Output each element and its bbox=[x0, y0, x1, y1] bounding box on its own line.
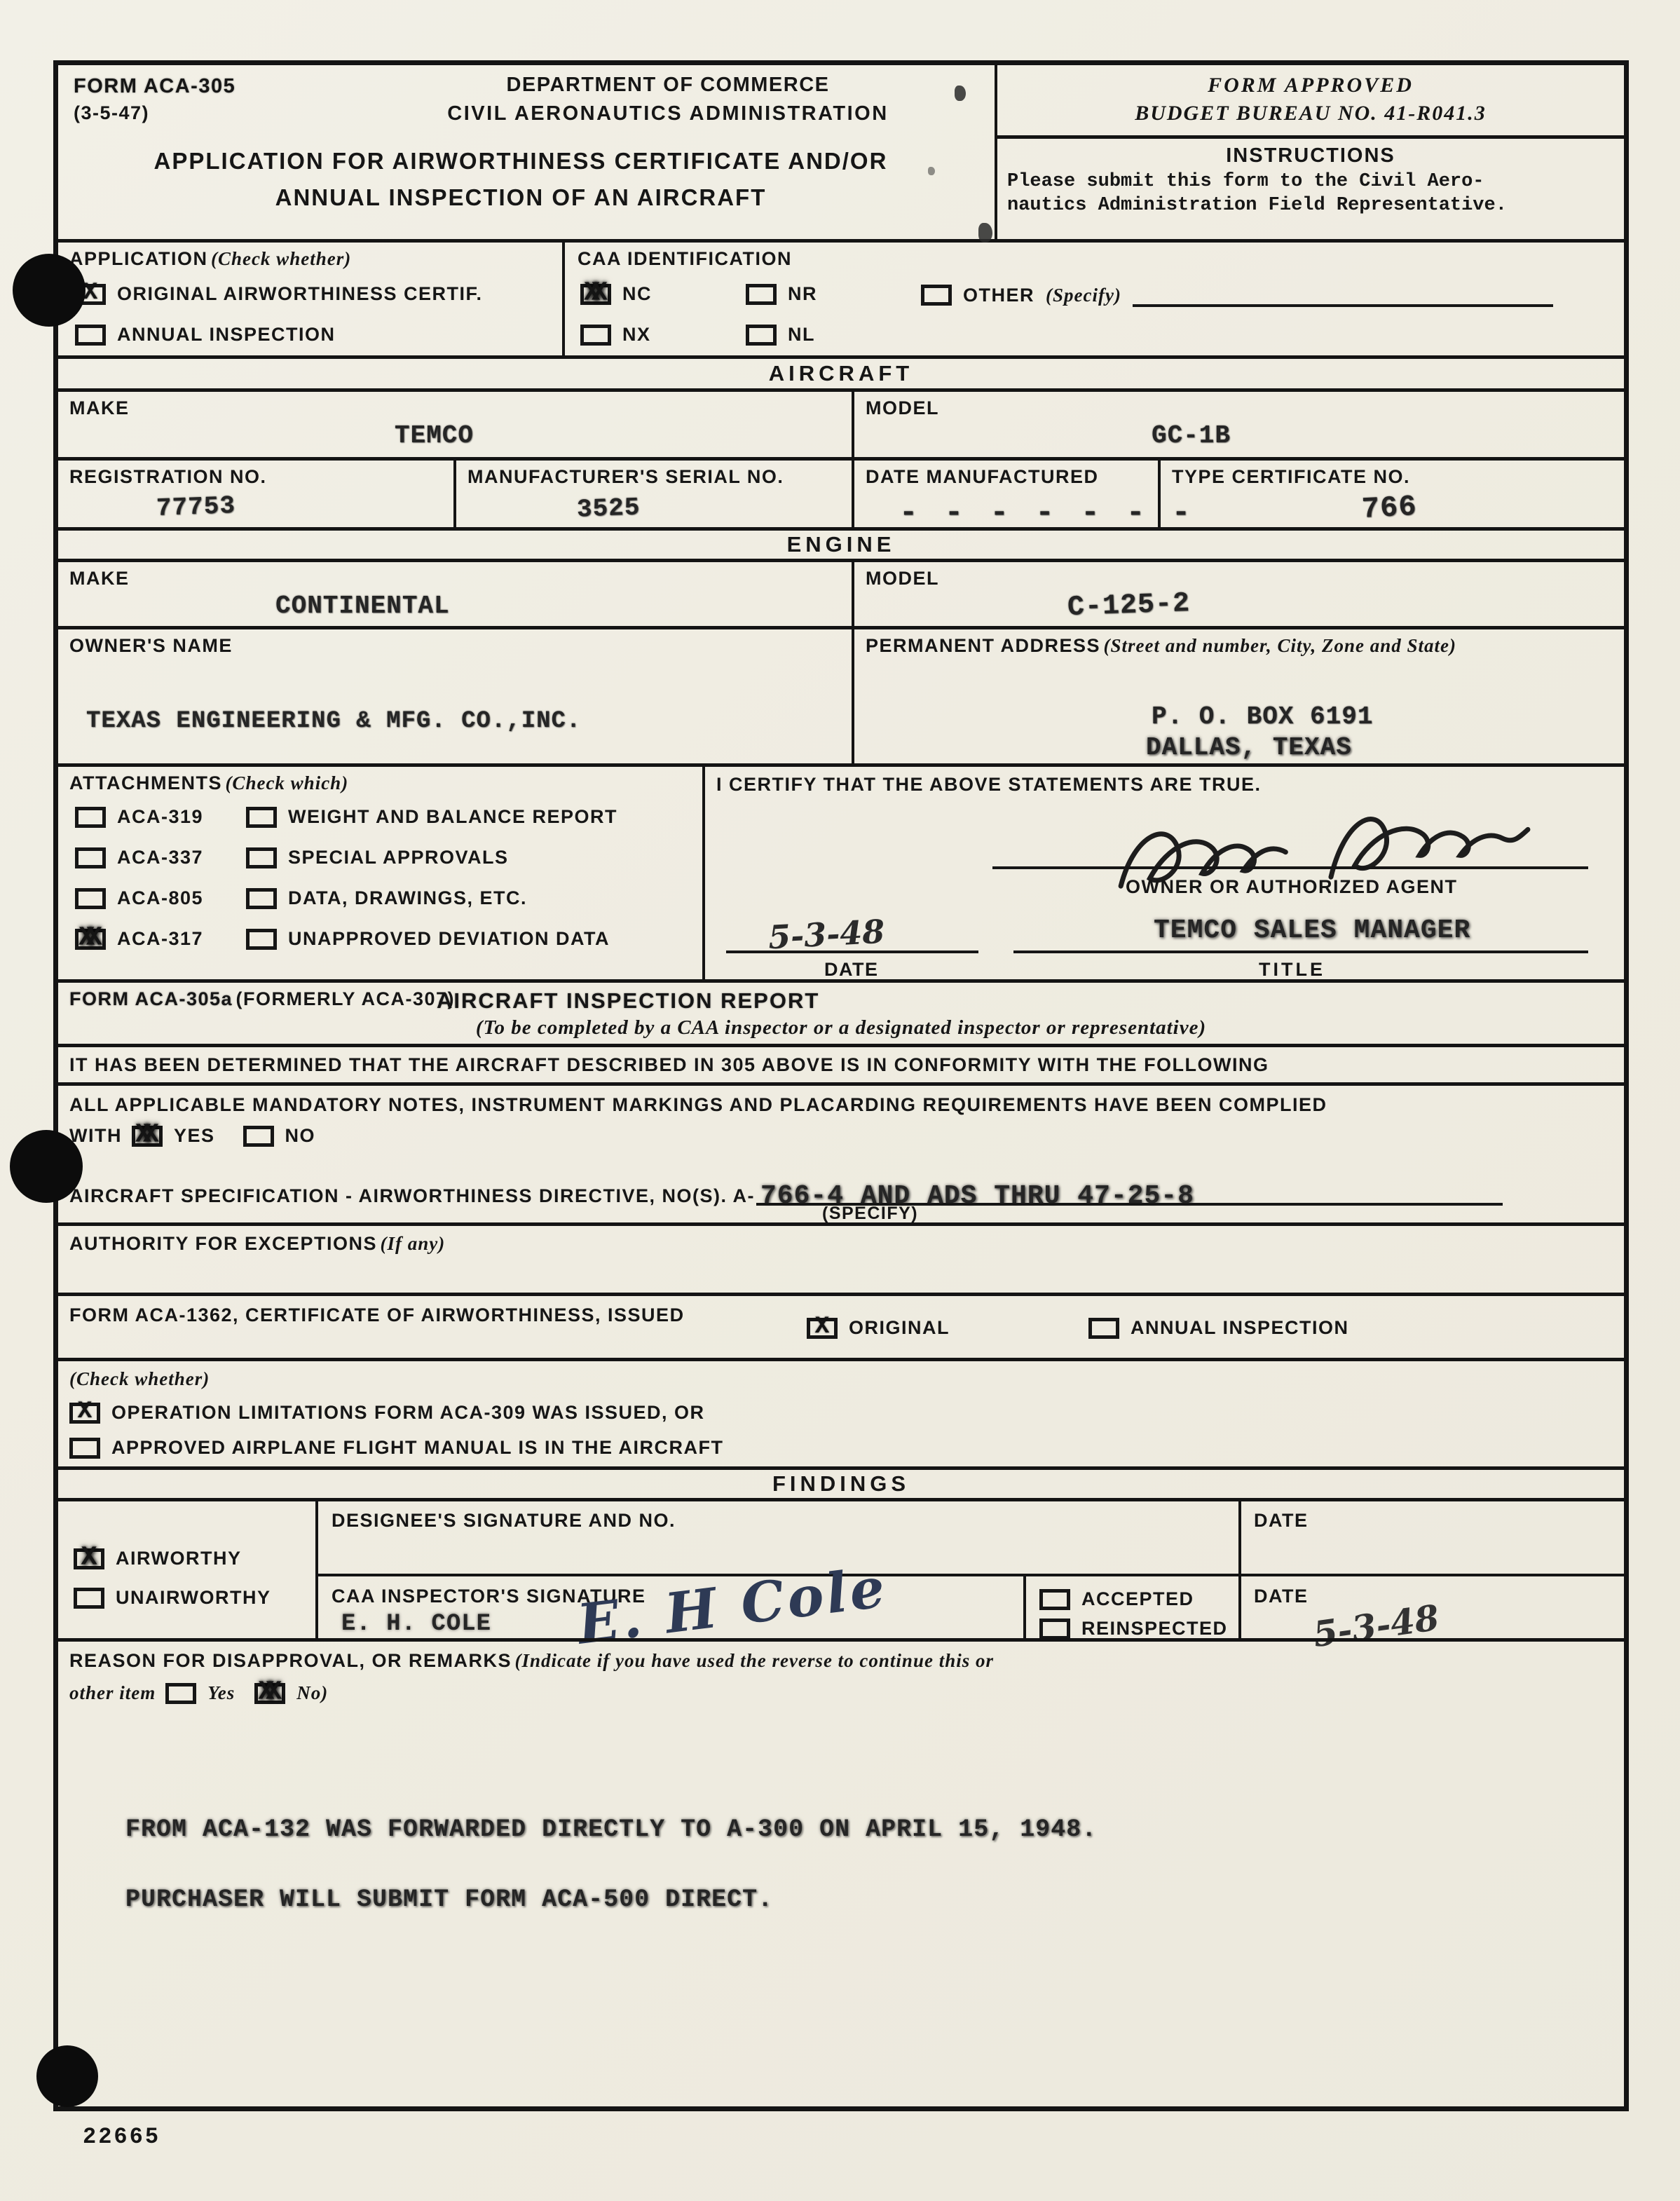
inspection-report-header-row: FORM ACA-305a (FORMERLY ACA-307) AIRCRAF… bbox=[58, 979, 1624, 1044]
checkbox-other: OTHER (Specify) bbox=[921, 283, 1553, 307]
form-number: FORM ACA-305 bbox=[74, 75, 235, 98]
checkbox-airworthy: X AIRWORTHY bbox=[74, 1548, 242, 1569]
checkbox-aca-317: XX ACA-317 bbox=[75, 928, 203, 950]
checkbox-reinspected: REINSPECTED bbox=[1039, 1618, 1228, 1640]
checkbox-issued-annual-inspection: ANNUAL INSPECTION bbox=[1088, 1317, 1349, 1339]
checkbox: XX bbox=[75, 929, 106, 950]
findings-table: X AIRWORTHY UNAIRWORTHY DESIGNEE'S SIGNA… bbox=[58, 1498, 1624, 1638]
other-specify-line bbox=[1133, 283, 1553, 307]
ink-speck bbox=[928, 167, 935, 175]
checkbox-unapproved-deviation-data: UNAPPROVED DEVIATION DATA bbox=[246, 928, 610, 950]
checkbox-nl: NL bbox=[746, 324, 815, 346]
date-manufactured-value: - - - - - - - bbox=[899, 496, 1194, 531]
check-whether-hint: (Check whether) bbox=[69, 1368, 210, 1390]
checkbox: X bbox=[807, 1318, 838, 1339]
findings-date-label-1: DATE bbox=[1254, 1510, 1309, 1532]
checkbox-annual-inspection: ANNUAL INSPECTION bbox=[75, 324, 336, 346]
checkbox-special-approvals: SPECIAL APPROVALS bbox=[246, 847, 509, 868]
designee-signature-label: DESIGNEE'S SIGNATURE AND NO. bbox=[332, 1510, 676, 1532]
remarks-line2: PURCHASER WILL SUBMIT FORM ACA-500 DIREC… bbox=[125, 1886, 773, 1914]
inspection-formerly: (FORMERLY ACA-307) bbox=[236, 988, 456, 1009]
remarks-row: REASON FOR DISAPPROVAL, OR REMARKS (Indi… bbox=[58, 1638, 1624, 2116]
form-title-line2: ANNUAL INSPECTION OF AN AIRCRAFT bbox=[86, 184, 955, 211]
compliance-line1: ALL APPLICABLE MANDATORY NOTES, INSTRUME… bbox=[69, 1094, 1327, 1116]
checkbox-complied-yes: XX YES bbox=[132, 1125, 215, 1147]
checkbox-remarks-yes: Yes bbox=[165, 1682, 235, 1704]
checkbox-nx: NX bbox=[580, 324, 651, 346]
aircraft-model-value: GC-1B bbox=[1152, 421, 1231, 450]
checkbox-original-airworthiness-certif: X ORIGINAL AIRWORTHINESS CERTIF. bbox=[75, 283, 483, 305]
instructions-body-line2: nautics Administration Field Representat… bbox=[1007, 194, 1617, 218]
checkbox-aca-337: ACA-337 bbox=[75, 847, 203, 868]
findings-section-bar: FINDINGS bbox=[58, 1466, 1624, 1498]
aircraft-section-title: AIRCRAFT bbox=[769, 361, 913, 386]
engine-make-value: CONTINENTAL bbox=[275, 592, 450, 620]
aircraft-section-bar: AIRCRAFT bbox=[58, 355, 1624, 388]
date-manufactured-label: DATE MANUFACTURED bbox=[866, 466, 1098, 488]
checkbox bbox=[246, 847, 277, 868]
determination-row: IT HAS BEEN DETERMINED THAT THE AIRCRAFT… bbox=[58, 1044, 1624, 1082]
inspection-report-subtitle: (To be completed by a CAA inspector or a… bbox=[58, 1016, 1624, 1040]
checkbox-aca-805: ACA-805 bbox=[75, 887, 203, 909]
remarks-hint-line1: (Indicate if you have used the reverse t… bbox=[515, 1650, 994, 1671]
aircraft-specification-label: AIRCRAFT SPECIFICATION - AIRWORTHINESS D… bbox=[69, 1185, 755, 1207]
checkbox bbox=[243, 1126, 274, 1147]
checkbox-remarks-no: XX No) bbox=[254, 1682, 328, 1704]
certificate-issued-row: FORM ACA-1362, CERTIFICATE OF AIRWORTHIN… bbox=[58, 1293, 1624, 1358]
specify-hint: (SPECIFY) bbox=[822, 1204, 918, 1224]
caa-identification-label: CAA IDENTIFICATION bbox=[578, 248, 792, 270]
checkbox bbox=[1088, 1318, 1119, 1339]
checkbox-unairworthy: UNAIRWORTHY bbox=[74, 1587, 271, 1609]
certify-date-line bbox=[726, 950, 978, 953]
checkbox-complied-no: NO bbox=[243, 1125, 316, 1147]
checkbox: XX bbox=[254, 1683, 285, 1704]
aircraft-make-label: MAKE bbox=[69, 397, 130, 419]
serial-no-value: 3525 bbox=[576, 493, 641, 524]
aca-1362-label: FORM ACA-1362, CERTIFICATE OF AIRWORTHIN… bbox=[69, 1304, 685, 1326]
checkbox-operation-limitations: X OPERATION LIMITATIONS FORM ACA-309 WAS… bbox=[69, 1402, 705, 1424]
determination-text: IT HAS BEEN DETERMINED THAT THE AIRCRAFT… bbox=[69, 1054, 1269, 1076]
authority-exceptions-label: AUTHORITY FOR EXCEPTIONS bbox=[69, 1233, 377, 1254]
instructions-title: INSTRUCTIONS bbox=[997, 144, 1624, 168]
ink-speck bbox=[978, 223, 992, 243]
engine-make-label: MAKE bbox=[69, 568, 130, 590]
form-approved-line1: FORM APPROVED bbox=[997, 74, 1624, 97]
header-row: FORM ACA-305 (3-5-47) DEPARTMENT OF COMM… bbox=[58, 65, 1624, 239]
other-specify-hint: (Specify) bbox=[1046, 285, 1121, 306]
owner-name-label: OWNER'S NAME bbox=[69, 635, 233, 657]
check-whether-row: (Check whether) X OPERATION LIMITATIONS … bbox=[58, 1358, 1624, 1466]
punch-hole-bottom bbox=[36, 2045, 98, 2107]
certify-title-label: TITLE bbox=[1259, 959, 1325, 981]
registration-no-label: REGISTRATION NO. bbox=[69, 466, 267, 488]
certify-statement: I CERTIFY THAT THE ABOVE STATEMENTS ARE … bbox=[716, 774, 1262, 796]
attachments-label: ATTACHMENTS bbox=[69, 772, 222, 793]
inspection-report-title: AIRCRAFT INSPECTION REPORT bbox=[437, 988, 819, 1014]
checkbox bbox=[246, 929, 277, 950]
type-certificate-value: 766 bbox=[1361, 490, 1418, 526]
checkbox: XX bbox=[132, 1126, 163, 1147]
page-serial-number: 22665 bbox=[83, 2124, 161, 2150]
certify-date-value: 5-3-48 bbox=[767, 913, 886, 957]
checkbox bbox=[246, 888, 277, 909]
owner-or-authorized-agent-label: OWNER OR AUTHORIZED AGENT bbox=[1126, 876, 1457, 898]
serial-no-label: MANUFACTURER'S SERIAL NO. bbox=[467, 466, 784, 488]
ink-speck bbox=[955, 86, 966, 101]
punch-hole-middle bbox=[10, 1130, 83, 1203]
compliance-spec-row: ALL APPLICABLE MANDATORY NOTES, INSTRUME… bbox=[58, 1082, 1624, 1222]
form-title-line1: APPLICATION FOR AIRWORTHINESS CERTIFICAT… bbox=[86, 148, 955, 175]
remarks-label: REASON FOR DISAPPROVAL, OR REMARKS bbox=[69, 1650, 512, 1671]
checkbox: X bbox=[74, 1548, 104, 1569]
checkbox: X bbox=[69, 1403, 100, 1424]
engine-make-model-row: MAKE CONTINENTAL MODEL C-125-2 bbox=[58, 559, 1624, 626]
engine-model-label: MODEL bbox=[866, 568, 939, 590]
budget-bureau-no: BUDGET BUREAU NO. 41-R041.3 bbox=[997, 102, 1624, 125]
checkbox bbox=[1039, 1619, 1070, 1640]
aircraft-registration-row: REGISTRATION NO. 77753 MANUFACTURER'S SE… bbox=[58, 457, 1624, 527]
checkbox bbox=[746, 284, 777, 305]
checkbox-issued-original: X ORIGINAL bbox=[807, 1317, 950, 1339]
compliance-with: WITH bbox=[69, 1125, 122, 1147]
checkbox bbox=[165, 1683, 196, 1704]
aircraft-model-label: MODEL bbox=[866, 397, 939, 419]
address-line1: P. O. BOX 6191 bbox=[1152, 702, 1373, 731]
scanned-document-page: { "header": { "form_no_line1": "FORM ACA… bbox=[0, 0, 1680, 2201]
instructions-box: INSTRUCTIONS Please submit this form to … bbox=[997, 139, 1624, 239]
attachments-certify-row: ATTACHMENTS (Check which) ACA-319 ACA-33… bbox=[58, 763, 1624, 979]
inspection-form-no: FORM ACA-305a bbox=[69, 988, 233, 1009]
checkbox-data-drawings: DATA, DRAWINGS, ETC. bbox=[246, 887, 527, 909]
authority-exceptions-hint: (If any) bbox=[381, 1233, 446, 1254]
attachments-hint: (Check which) bbox=[225, 772, 348, 793]
checkbox bbox=[580, 325, 611, 346]
findings-section-title: FINDINGS bbox=[772, 1471, 910, 1497]
checkbox-nc: XX NC bbox=[580, 283, 652, 305]
checkbox-accepted: ACCEPTED bbox=[1039, 1588, 1194, 1610]
checkbox: XX bbox=[580, 284, 611, 305]
address-line2: DALLAS, TEXAS bbox=[1146, 733, 1352, 762]
authority-exceptions-row: AUTHORITY FOR EXCEPTIONS (If any) bbox=[58, 1222, 1624, 1293]
checkbox bbox=[246, 807, 277, 828]
aircraft-make-model-row: MAKE TEMCO MODEL GC-1B bbox=[58, 388, 1624, 457]
form-revision-date: (3-5-47) bbox=[74, 102, 235, 124]
registration-no-value: 77753 bbox=[156, 491, 235, 523]
engine-section-bar: ENGINE bbox=[58, 527, 1624, 559]
type-certificate-label: TYPE CERTIFICATE NO. bbox=[1172, 466, 1410, 488]
checkbox bbox=[75, 325, 106, 346]
findings-date-label-2: DATE bbox=[1254, 1586, 1309, 1607]
application-hint: (Check whether) bbox=[211, 248, 351, 269]
remarks-hint-line2: other item bbox=[69, 1682, 156, 1704]
owner-signature-line bbox=[992, 866, 1588, 869]
checkbox bbox=[1039, 1589, 1070, 1610]
checkbox-nr: NR bbox=[746, 283, 817, 305]
checkbox-aca-319: ACA-319 bbox=[75, 806, 203, 828]
aircraft-make-value: TEMCO bbox=[395, 421, 474, 450]
certify-title-line bbox=[1013, 950, 1588, 953]
application-row: APPLICATION (Check whether) X ORIGINAL A… bbox=[58, 239, 1624, 355]
owner-address-row: OWNER'S NAME TEXAS ENGINEERING & MFG. CO… bbox=[58, 626, 1624, 763]
administration-line: CIVIL AERONAUTICS ADMINISTRATION bbox=[360, 102, 976, 125]
inspector-typed-name: E. H. COLE bbox=[341, 1611, 491, 1637]
certify-date-label: DATE bbox=[824, 959, 879, 981]
punch-hole-top bbox=[13, 254, 86, 327]
owner-name-value: TEXAS ENGINEERING & MFG. CO.,INC. bbox=[86, 708, 581, 735]
checkbox-flight-manual: APPROVED AIRPLANE FLIGHT MANUAL IS IN TH… bbox=[69, 1437, 724, 1459]
instructions-body-line1: Please submit this form to the Civil Aer… bbox=[1007, 170, 1617, 194]
form-approved-box: FORM APPROVED BUDGET BUREAU NO. 41-R041.… bbox=[997, 65, 1624, 139]
engine-section-title: ENGINE bbox=[787, 532, 896, 557]
checkbox-weight-balance-report: WEIGHT AND BALANCE REPORT bbox=[246, 806, 617, 828]
form-aca-305: FORM ACA-305 (3-5-47) DEPARTMENT OF COMM… bbox=[53, 60, 1629, 2111]
checkbox bbox=[921, 285, 952, 306]
department-line: DEPARTMENT OF COMMERCE bbox=[360, 74, 976, 97]
checkbox bbox=[75, 807, 106, 828]
remarks-line1: FROM ACA-132 WAS FORWARDED DIRECTLY TO A… bbox=[125, 1815, 1097, 1844]
certify-title-value: TEMCO SALES MANAGER bbox=[1154, 915, 1470, 946]
checkbox bbox=[75, 847, 106, 868]
checkbox bbox=[74, 1588, 104, 1609]
permanent-address-hint: (Street and number, City, Zone and State… bbox=[1103, 635, 1456, 656]
application-label: APPLICATION bbox=[69, 248, 208, 269]
checkbox bbox=[746, 325, 777, 346]
checkbox bbox=[69, 1438, 100, 1459]
checkbox bbox=[75, 888, 106, 909]
permanent-address-label: PERMANENT ADDRESS bbox=[866, 635, 1100, 656]
engine-model-value: C-125-2 bbox=[1067, 588, 1190, 624]
